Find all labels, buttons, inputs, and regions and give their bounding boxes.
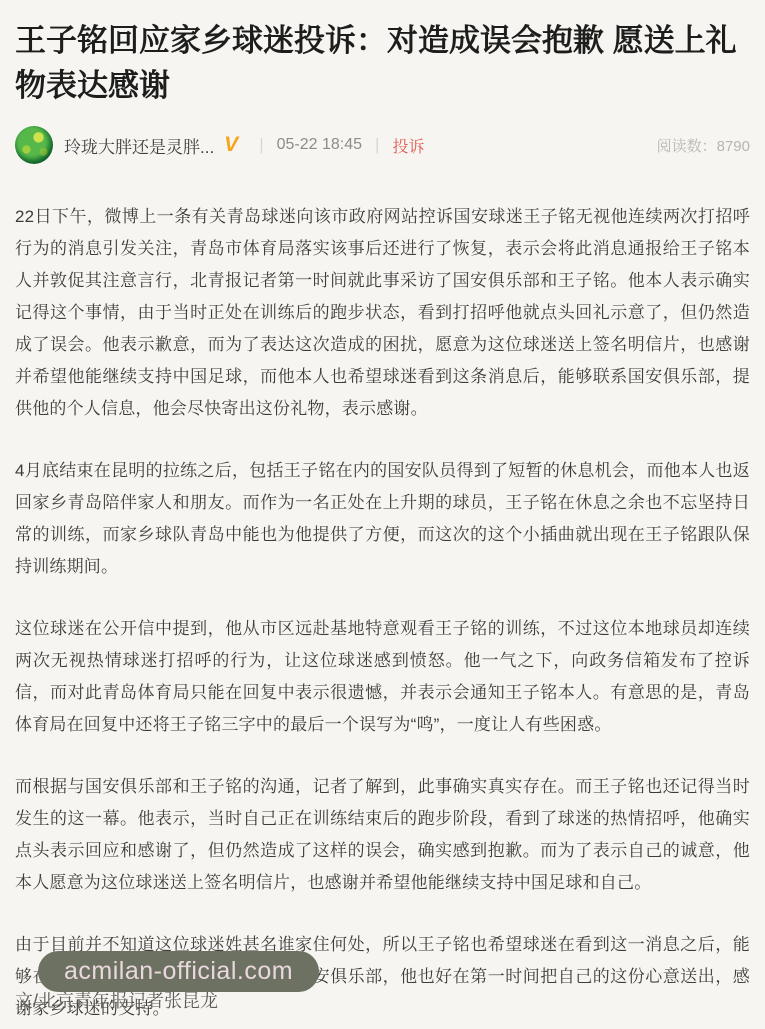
verified-badge-icon: V (224, 133, 238, 157)
article-page: 王子铭回应家乡球迷投诉：对造成误会抱歉 愿送上礼物表达感谢 玲珑大胖还是灵胖..… (0, 0, 765, 1029)
report-link[interactable]: 投诉 (392, 134, 424, 157)
article-paragraph: 22日下午，微博上一条有关青岛球迷向该市政府网站控诉国安球迷王子铭无视他连续两次… (15, 201, 750, 425)
separator: | (259, 135, 263, 155)
read-count: 阅读数：8790 (657, 135, 750, 156)
separator: | (375, 135, 379, 155)
article-paragraph: 而根据与国安俱乐部和王子铭的沟通，记者了解到，此事确实真实存在。而王子铭也还记得… (15, 771, 750, 899)
article-paragraph: 这位球迷在公开信中提到，他从市区远赴基地特意观看王子铭的训练，不过这位本地球员却… (15, 613, 750, 741)
article-paragraph: 4月底结束在昆明的拉练之后，包括王子铭在内的国安队员得到了短暂的休息机会，而他本… (15, 455, 750, 583)
article-body: 22日下午，微博上一条有关青岛球迷向该市政府网站控诉国安球迷王子铭无视他连续两次… (15, 201, 750, 1025)
article-title: 王子铭回应家乡球迷投诉：对造成误会抱歉 愿送上礼物表达感谢 (15, 0, 750, 108)
watermark-pill: acmilan-official.com (38, 951, 319, 992)
author-row: 玲珑大胖还是灵胖... V | 05-22 18:45 | 投诉 阅读数：879… (15, 124, 750, 166)
post-timestamp: 05-22 18:45 (277, 136, 362, 154)
author-avatar[interactable] (15, 126, 53, 164)
author-name[interactable]: 玲珑大胖还是灵胖... (64, 133, 214, 158)
